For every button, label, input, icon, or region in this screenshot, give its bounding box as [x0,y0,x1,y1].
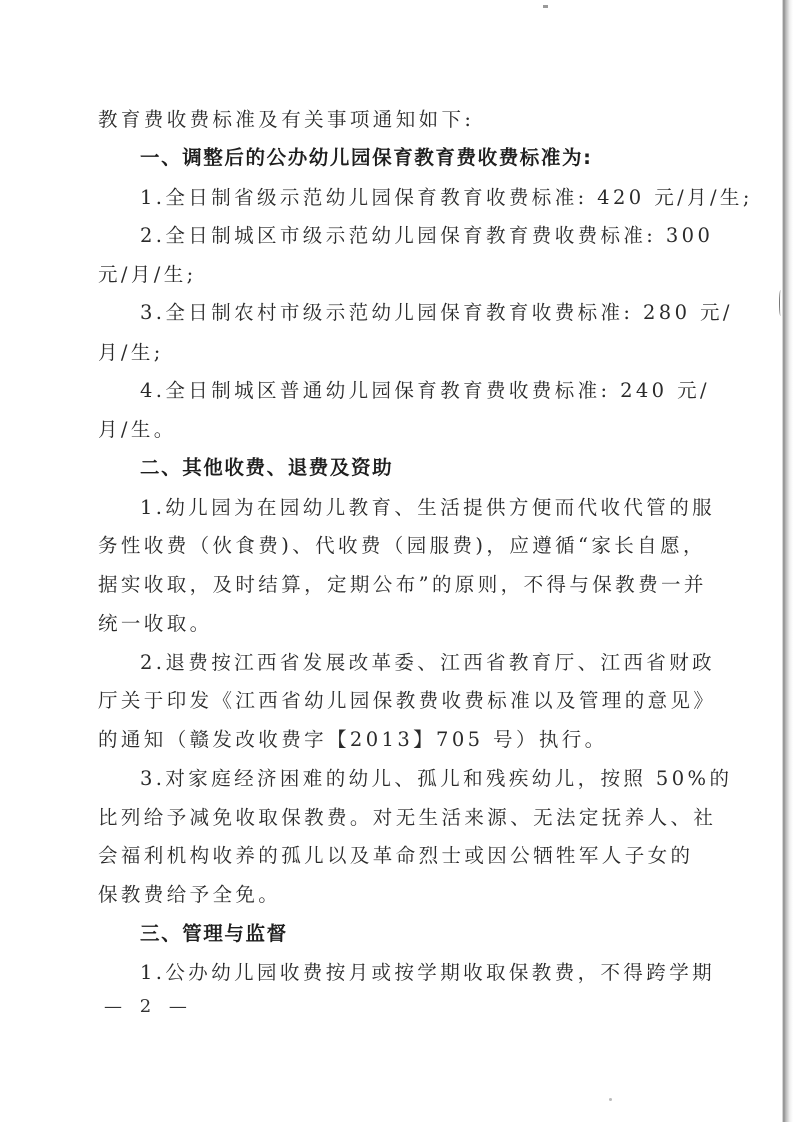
fee-item-1: 1.全日制省级示范幼儿园保育教育收费标准: 420 元/月/生; [140,186,753,210]
paragraph-line: 的通知（赣发改收费字【2013】705 号）执行。 [98,728,608,752]
fee-item-4-cont: 月/生。 [98,418,177,442]
paragraph-line: 保教费给予全免。 [98,883,281,907]
paragraph-line: 统一收取。 [98,612,213,636]
paragraph-line: 3.对家庭经济困难的幼儿、孤儿和残疾幼儿，按照 50%的 [140,767,732,791]
fee-item-4: 4.全日制城区普通幼儿园保育教育费收费标准: 240 元/ [140,379,710,403]
document-page: 教育费收费标准及有关事项通知如下: 一、调整后的公办幼儿园保育教育费收费标准为:… [0,0,793,1122]
paragraph-line: 据实收取，及时结算，定期公布”的原则，不得与保教费一并 [98,573,707,597]
paragraph-line: 1.公办幼儿园收费按月或按学期收取保教费，不得跨学期 [140,961,715,985]
section-heading-3: 三、管理与监督 [140,922,288,946]
scan-artifact-mark [609,1098,612,1101]
fee-item-2-cont: 元/月/生; [98,263,197,287]
paragraph-line: 1.幼儿园为在园幼儿教育、生活提供方便而代收代管的服 [140,496,715,520]
section-heading-1: 一、调整后的公办幼儿园保育教育费收费标准为: [140,146,593,170]
paragraph-line: 2.退费按江西省发展改革委、江西省教育厅、江西省财政 [140,651,715,675]
page-number: — 2 — [104,996,193,1017]
fee-item-3: 3.全日制农村市级示范幼儿园保育教育收费标准: 280 元/ [140,301,733,325]
paragraph-line: 比列给予减免收取保教费。对无生活来源、无法定抚养人、社 [98,806,716,830]
fee-item-2: 2.全日制城区市级示范幼儿园保育教育费收费标准: 300 [140,224,713,248]
fee-item-3-cont: 月/生; [98,341,164,365]
scan-artifact-mark [543,5,548,8]
paragraph-line: 教育费收费标准及有关事项通知如下: [98,108,474,132]
paragraph-line: 会福利机构收养的孤儿以及革命烈士或因公牺牲军人子女的 [98,844,693,868]
paragraph-line: 务性收费（伙食费)、代收费（园服费)，应遵循“家长自愿， [98,534,706,558]
section-heading-2: 二、其他收费、退费及资助 [140,456,393,480]
paragraph-line: 厅关于印发《江西省幼儿园保教费收费标准以及管理的意见》 [98,689,716,713]
scan-page-edge [782,0,793,1122]
